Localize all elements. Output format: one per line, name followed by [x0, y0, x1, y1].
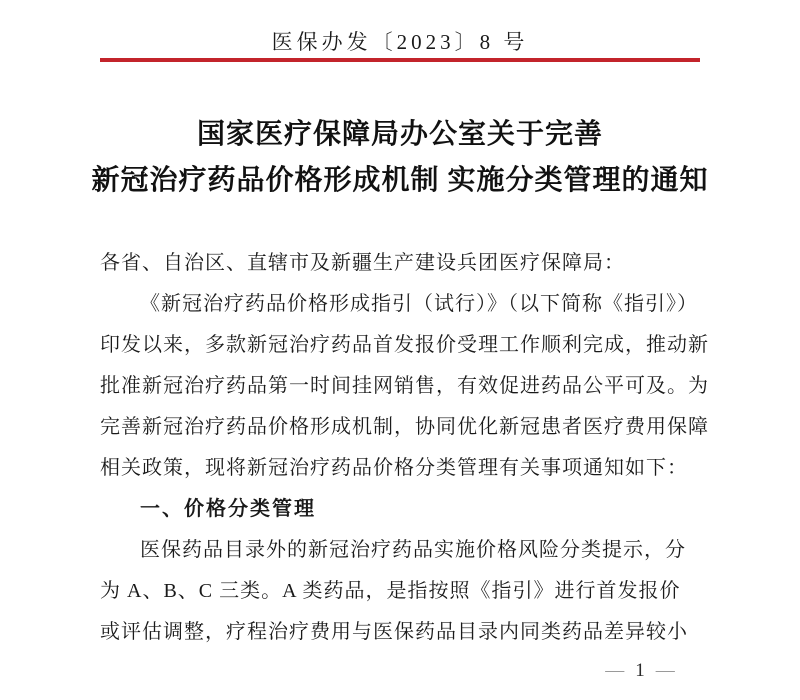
title-line-1: 国家医疗保障局办公室关于完善: [0, 112, 800, 158]
body-line: 为 A、B、C 三类。A 类药品，是指按照《指引》进行首发报价: [100, 571, 700, 612]
title-line-2: 新冠治疗药品价格形成机制 实施分类管理的通知: [0, 158, 800, 204]
body-lines: 各省、自治区、直辖市及新疆生产建设兵团医疗保障局：《新冠治疗药品价格形成指引（试…: [100, 243, 700, 653]
body-line: 或评估调整，疗程治疗费用与医保药品目录内同类药品差异较小: [100, 612, 700, 653]
document-title: 国家医疗保障局办公室关于完善 新冠治疗药品价格形成机制 实施分类管理的通知: [0, 112, 800, 204]
body-line: 医保药品目录外的新冠治疗药品实施价格风险分类提示，分: [100, 530, 700, 571]
body-line: 相关政策，现将新冠治疗药品价格分类管理有关事项通知如下：: [100, 448, 700, 489]
body-line: 印发以来，多款新冠治疗药品首发报价受理工作顺利完成，推动新: [100, 325, 700, 366]
footer-right-dash: —: [656, 660, 675, 681]
document-page: 医保办发〔2023〕8 号 国家医疗保障局办公室关于完善 新冠治疗药品价格形成机…: [0, 0, 800, 700]
body-line: 批准新冠治疗药品第一时间挂网销售，有效促进药品公平可及。为: [100, 366, 700, 407]
document-number: 医保办发〔2023〕8 号: [0, 26, 800, 56]
page-footer: —1—: [560, 660, 720, 682]
body-line: 完善新冠治疗药品价格形成机制，协同优化新冠患者医疗费用保障: [100, 407, 700, 448]
body-line: 各省、自治区、直辖市及新疆生产建设兵团医疗保障局：: [100, 243, 700, 284]
section-heading: 一、价格分类管理: [100, 489, 700, 530]
body-line: 《新冠治疗药品价格形成指引（试行）》（以下简称《指引》）: [100, 284, 700, 325]
page-number: 1: [635, 660, 645, 681]
footer-left-dash: —: [605, 660, 624, 681]
red-separator: [100, 58, 700, 62]
